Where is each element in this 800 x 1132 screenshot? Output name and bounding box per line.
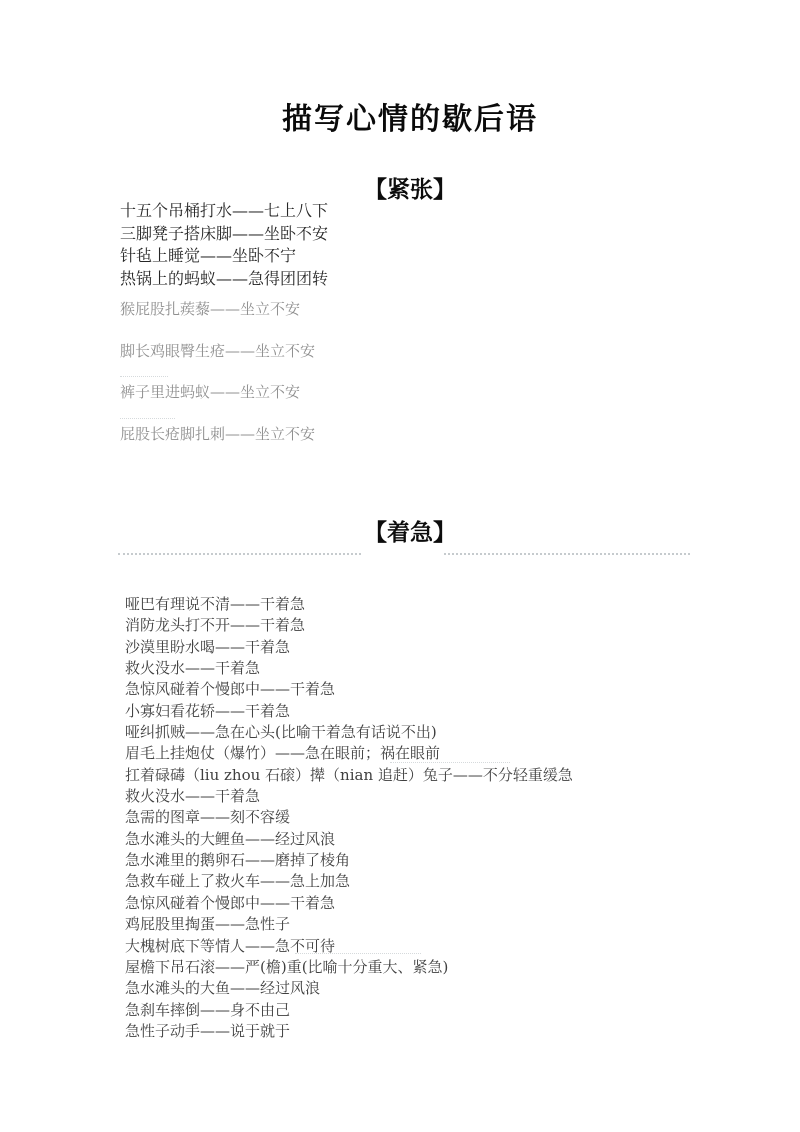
saying-line: 裤子里进蚂蚁——坐立不安 (120, 372, 315, 414)
dotted-separator-right (444, 553, 690, 555)
scan-artifact-dotted-line (120, 418, 175, 419)
saying-line: 屋檐下吊石滚——严(檐)重(比喻十分重大、紧急) (125, 957, 573, 978)
saying-line: 热锅上的蚂蚁——急得团团转 (120, 268, 328, 291)
document-title: 描写心情的歇后语 (120, 94, 700, 138)
saying-line: 急惊风碰着个慢郎中——干着急 (125, 893, 573, 914)
nervous-primary-saying-list: 十五个吊桶打水——七上八下 三脚凳子搭床脚——坐卧不安 针毡上睡觉——坐卧不宁 … (120, 200, 328, 290)
saying-line: 十五个吊桶打水——七上八下 (120, 200, 328, 223)
anxious-saying-list: 哑巴有理说不清——干着急 消防龙头打不开——干着急 沙漠里盼水喝——干着急 救火… (125, 594, 573, 1042)
saying-line: 哑巴有理说不清——干着急 (125, 594, 573, 615)
saying-line: 救火没水——干着急 (125, 658, 573, 679)
saying-line: 三脚凳子搭床脚——坐卧不安 (120, 223, 328, 246)
saying-line: 急性子动手——说于就于 (125, 1021, 573, 1042)
saying-line: 急救车碰上了救火车——急上加急 (125, 871, 573, 892)
saying-line: 急水滩里的鹅卵石——磨掉了棱角 (125, 850, 573, 871)
saying-line: 脚长鸡眼臀生疮——坐立不安 (120, 331, 315, 373)
scan-artifact-dotted-line (390, 762, 510, 763)
saying-line: 针毡上睡觉——坐卧不宁 (120, 245, 328, 268)
saying-line: 沙漠里盼水喝——干着急 (125, 637, 573, 658)
saying-line: 救火没水——干着急 (125, 786, 573, 807)
saying-line: 消防龙头打不开——干着急 (125, 615, 573, 636)
document-page: 描写心情的歇后语 【紧张】 十五个吊桶打水——七上八下 三脚凳子搭床脚——坐卧不… (0, 0, 800, 1132)
section-heading-anxious: 【着急】 (120, 514, 700, 547)
scan-artifact-dotted-line (120, 376, 168, 377)
saying-line: 猴屁股扎蒺藜——坐立不安 (120, 289, 315, 331)
saying-line: 急水滩头的大鱼——经过风浪 (125, 978, 573, 999)
saying-line: 急水滩头的大鲤鱼——经过风浪 (125, 829, 573, 850)
nervous-secondary-saying-list: 猴屁股扎蒺藜——坐立不安 脚长鸡眼臀生疮——坐立不安 裤子里进蚂蚁——坐立不安 … (120, 289, 315, 455)
saying-line: 鸡屁股里掏蛋——急性子 (125, 914, 573, 935)
saying-line: 急惊风碰着个慢郎中——干着急 (125, 679, 573, 700)
saying-line: 扛着碌碡（liu zhou 石磙）撵（nian 追赶）兔子——不分轻重缓急 (125, 765, 573, 786)
saying-line: 急刹车摔倒——身不由己 (125, 1000, 573, 1021)
dotted-separator-left (118, 553, 361, 555)
saying-line: 急需的图章——刻不容缓 (125, 807, 573, 828)
saying-line: 哑纠抓贼——急在心头(比喻干着急有话说不出) (125, 722, 573, 743)
saying-line: 屁股长疮脚扎刺——坐立不安 (120, 414, 315, 456)
saying-line: 小寡妇看花轿——干着急 (125, 701, 573, 722)
scan-artifact-dotted-line (295, 953, 421, 954)
